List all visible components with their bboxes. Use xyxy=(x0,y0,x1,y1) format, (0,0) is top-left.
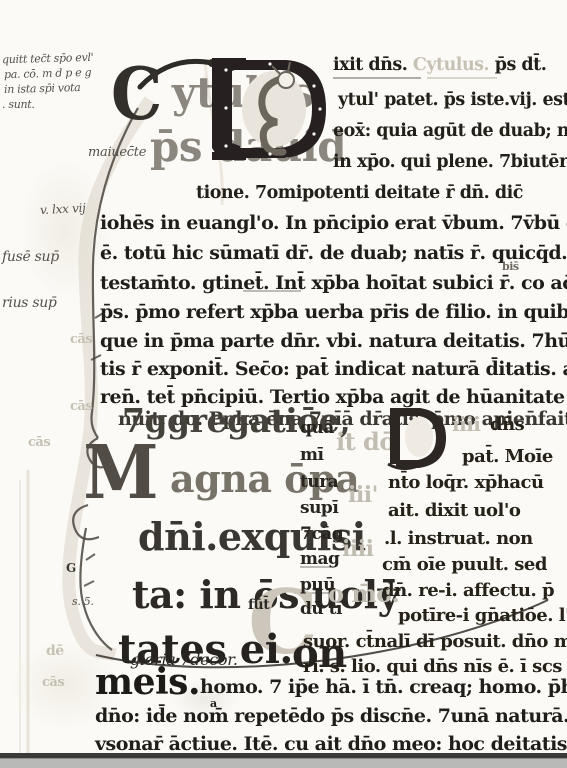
margin-cas-mark: cās xyxy=(70,333,92,346)
guide-letters: it dō xyxy=(336,430,395,454)
margin-de-mark: dē xyxy=(46,644,64,658)
margin-note: fusē sup̄ xyxy=(2,250,59,264)
intro-line: in xp̄o. qui plene. 7biutēr: de incarna xyxy=(333,154,567,172)
intro-seg-dark: ixit dn̄s. xyxy=(333,55,407,75)
col2-text-line: ri. s. lio. qui dn̄s nīs ē. ī scs qd' xyxy=(303,658,567,676)
margin-note: maiuec̄te xyxy=(88,146,146,159)
bottom-text-line: homo. 7 ip̄e hā. ī tn̄. creaq; homo. p̄h… xyxy=(200,678,567,697)
manuscript-page: quitt tec̄t sp̄o evl' pa. cō. m d p e g … xyxy=(0,0,567,768)
margin-cas-mark: cās xyxy=(70,400,92,413)
col2-narrow-word: mī xyxy=(300,447,323,464)
col2-narrow-word: 7cāg xyxy=(300,526,343,543)
guide-letters: iiii xyxy=(342,538,373,560)
scan-edge-band xyxy=(0,758,567,768)
margin-note: rius sup̄ xyxy=(2,296,57,310)
title-initial-c: C xyxy=(111,58,162,130)
col2-text-line: suor. ct̄nalī dī posuit. dn̄o meo. xyxy=(303,633,567,651)
bottom-meis-word: meis. xyxy=(95,664,200,700)
intro-line: ytul' patet. p̄s iste.vij. est xyxy=(338,92,567,110)
guide-letters: iiii xyxy=(452,414,480,434)
col2-text-line: cm̄ oīe puult. sed xyxy=(382,556,547,574)
intro-line: tione. 7omipotenti deitate r̄ dn̄. dic̄ xyxy=(196,185,523,203)
margin-g-mark: G xyxy=(66,562,76,574)
col2-text-line: ait. dixit uol'o xyxy=(388,502,520,520)
margin-gloss-line: in ista sp̄i vota xyxy=(4,82,81,95)
title-line2: p̄s dauid xyxy=(150,126,346,168)
intro-seg-faded: Cytulus. xyxy=(413,55,489,75)
body-text-line: testam̄to. gtinet̄. Int̄ xp̄ba hoītat su… xyxy=(100,274,567,293)
guide-letters: iii' xyxy=(348,484,378,506)
body-text-line: iohēs in euangl'o. In pn̄cipio erat v̄bu… xyxy=(100,214,567,233)
superscript-a: a xyxy=(210,698,217,709)
col2-text-line: dn̄. re-i. affectu. p̄ xyxy=(382,582,554,600)
margin-cas-mark: cās xyxy=(28,436,50,449)
initial-m: M xyxy=(83,436,158,510)
intro-line: eox̄: quia agūt de duab; natīs xyxy=(333,123,567,141)
col2-narrow-word: tura xyxy=(300,474,338,491)
bottom-text-line: vsonar̄ āctiue. Itē. cu ait dn̄o meo: ho… xyxy=(95,735,567,754)
body-text-line: p̄s. p̄mo refert xp̄ba uerba pr̄is de fi… xyxy=(100,303,567,322)
body-text-line: que in p̄ma parte dn̄r. vbi. natura deit… xyxy=(100,332,567,351)
col2-narrow-word: mag xyxy=(300,551,339,568)
margin-gloss-line: pa. cō. m d p e g xyxy=(4,67,92,80)
intro-line: ixit dn̄s. Cytulus. p̄s dt̄. xyxy=(333,57,546,75)
col2-narrow-word: quā xyxy=(300,420,334,437)
margin-gloss-line: quitt tec̄t sp̄o evl' xyxy=(2,52,94,65)
display-fut-note: fūt̄ xyxy=(248,598,269,612)
intro-seg-end: p̄s dt̄. xyxy=(495,55,547,75)
body-text-line: tis r̄ exponit̄. Sec̄o: pat̄ indicat nat… xyxy=(100,360,567,379)
parchment-stain xyxy=(20,160,110,300)
col2-text-line: dn̄s xyxy=(490,416,524,434)
col2-text-line: .l. instruat. non xyxy=(384,530,533,548)
margin-gloss-line: . sunt. xyxy=(2,99,35,110)
body-text-line: ē. totū hic sūmatī dr̄. de duab; natīs r… xyxy=(100,244,567,263)
margin-number-note: v. lxx vij xyxy=(40,202,86,216)
col2-text-line: nt̄o loq̄r. xp̄hacū xyxy=(388,474,544,492)
col2-text-line: potīre-i gn̄atiōe. l' xyxy=(398,607,567,625)
margin-cas-mark: cās xyxy=(42,676,64,689)
interlinear-gloss: bis̄ xyxy=(502,261,519,272)
margin-note: s. 5. xyxy=(72,596,94,607)
title-text: ytulus xyxy=(172,72,313,114)
col2-narrow-word: supī xyxy=(300,500,338,517)
bottom-text-line: dn̄o: id̄e nom̄ repetēdo p̄s discn̄e. 7u… xyxy=(95,707,567,726)
col2-text-line: pat̄. Moīe xyxy=(462,448,553,466)
